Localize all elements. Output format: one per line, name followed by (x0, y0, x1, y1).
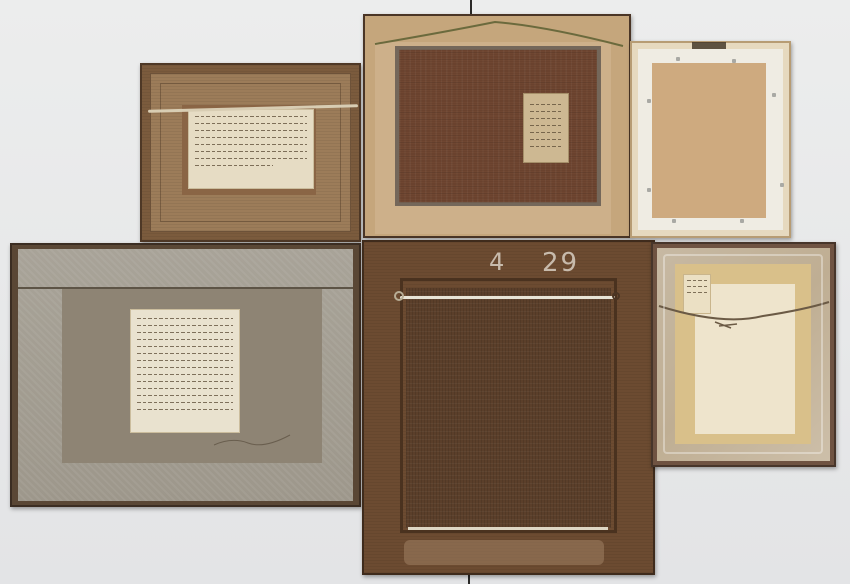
tack (676, 57, 680, 61)
tack (647, 99, 651, 103)
frame-bottom-right (651, 242, 836, 467)
frame-top-center (363, 14, 631, 238)
tack (772, 93, 776, 97)
top-seam (18, 287, 353, 289)
handwritten-label (188, 109, 314, 189)
frame-bottom-left (10, 243, 361, 507)
cardboard-backing (652, 63, 766, 218)
chalk-mark-lot-number: 4 (489, 248, 506, 276)
frame-top-left (140, 63, 361, 242)
backboard-bottom-gap (408, 527, 608, 530)
screw-eye-left (394, 291, 404, 301)
water-stain (404, 540, 604, 565)
framer-stamp (692, 42, 726, 49)
printed-label (523, 93, 569, 163)
tack (672, 219, 676, 223)
wire-hanger (365, 16, 629, 56)
pencil-signature-mark (212, 431, 292, 451)
tack (647, 188, 651, 192)
wooden-backboard (406, 288, 611, 528)
handwritten-label (130, 309, 240, 433)
hanging-cord (400, 296, 615, 299)
screw-eye-right (612, 292, 620, 300)
tack (732, 59, 736, 63)
tack (740, 219, 744, 223)
frame-bottom-center: 4 29 (362, 240, 655, 575)
frame-top-right (630, 41, 791, 238)
plastic-glare (663, 254, 823, 454)
display-stand-bottom (468, 574, 470, 584)
chalk-mark-inventory: 29 (542, 248, 579, 278)
tack (780, 183, 784, 187)
